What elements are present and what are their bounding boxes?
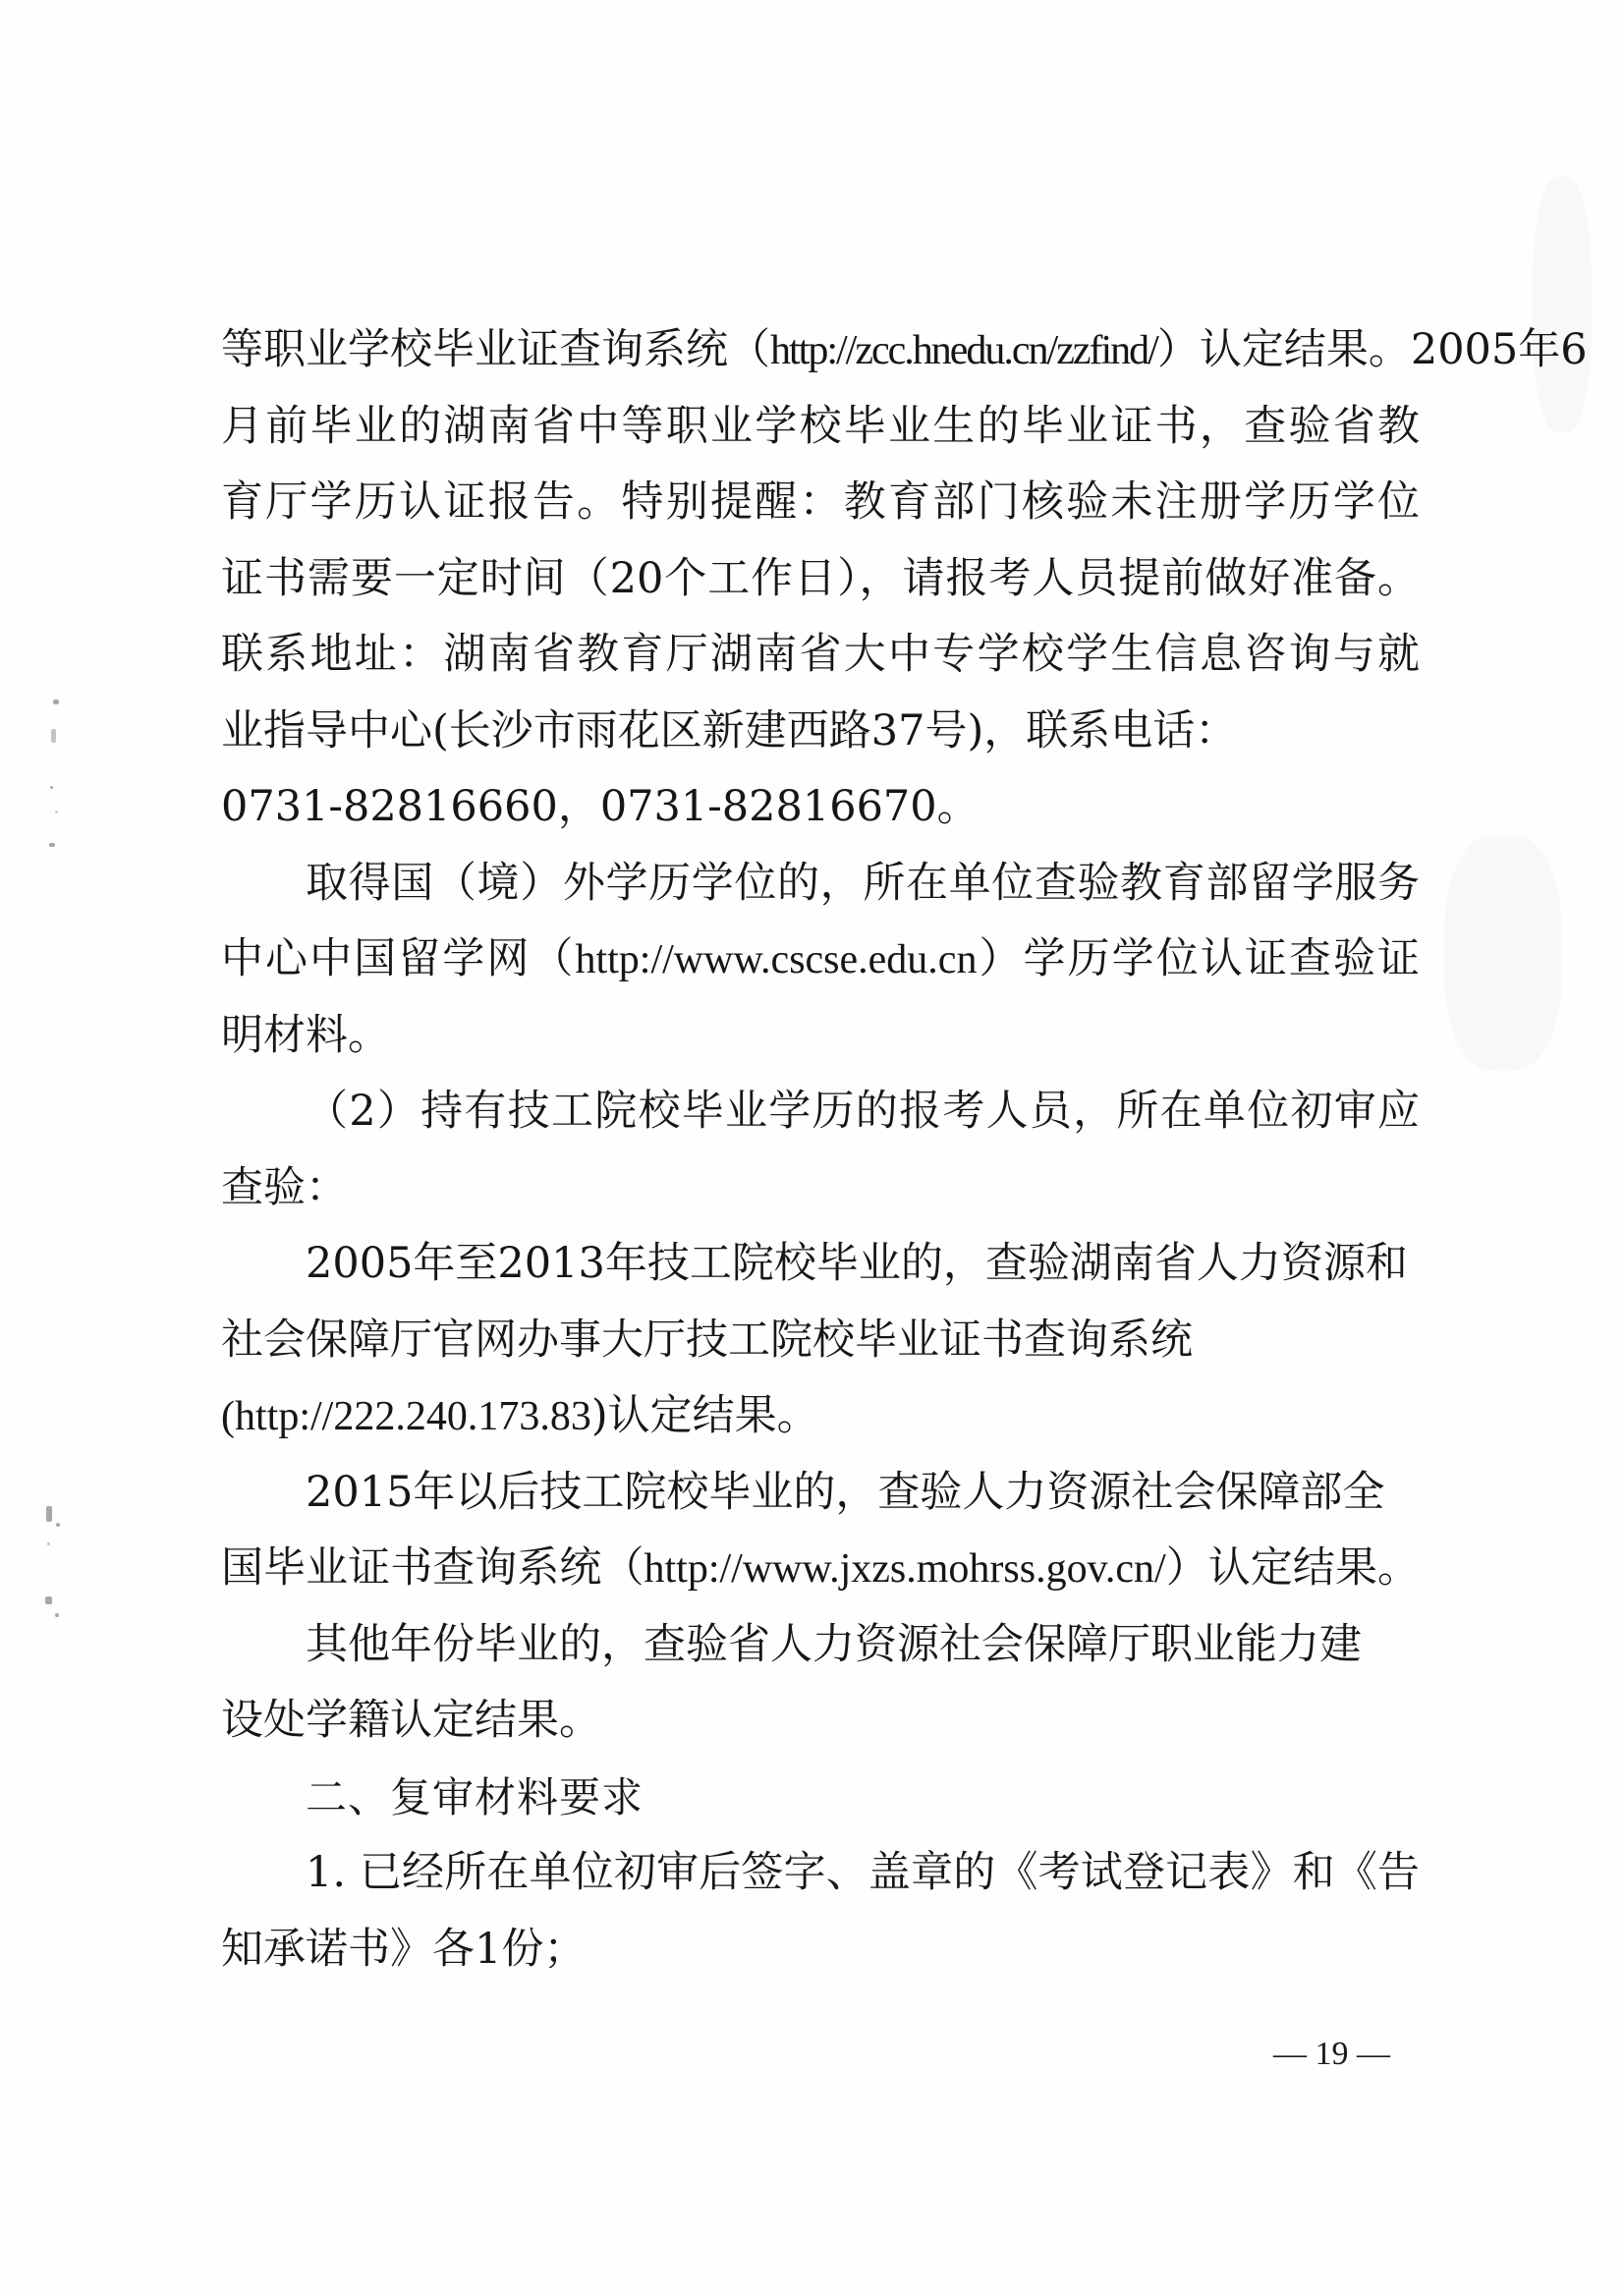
- text-line: 业指导中心(长沙市雨花区新建西路37号)，联系电话：: [221, 694, 1420, 770]
- text-line: 月前毕业的湖南省中等职业学校毕业生的毕业证书，查验省教: [221, 389, 1420, 466]
- text-line: 联系地址：湖南省教育厅湖南省大中专学校学生信息咨询与就: [221, 617, 1420, 694]
- text-segment: ）认定结果。2005年6: [1157, 325, 1588, 374]
- text-line: 证书需要一定时间（20个工作日），请报考人员提前做好准备。: [221, 541, 1420, 618]
- section-heading: 二、复审材料要求: [221, 1760, 1420, 1836]
- text-line: 育厅学历认证报告。特别提醒：教育部门核验未注册学历学位: [221, 465, 1420, 541]
- link-hrss-hunan[interactable]: http://222.240.173.83: [235, 1394, 591, 1439]
- text-line: 2015年以后技工院校毕业的，查验人力资源社会保障部全: [221, 1455, 1420, 1532]
- text-segment: (: [221, 1394, 235, 1439]
- text-segment: )认定结果。: [591, 1391, 819, 1440]
- scan-shadow: [1444, 835, 1562, 1071]
- text-line: 明材料。: [221, 998, 1420, 1075]
- text-segment: ）学历学位认证查验证: [977, 934, 1420, 983]
- list-item-1: 1. 已经所在单位初审后签字、盖章的《考试登记表》和《告: [221, 1835, 1420, 1912]
- text-line: 设处学籍认定结果。: [221, 1683, 1420, 1760]
- text-line: 国毕业证书查询系统（http://www.jxzs.mohrss.gov.cn/…: [221, 1531, 1420, 1607]
- scan-shadow: [1533, 177, 1592, 432]
- text-line: 中心中国留学网（http://www.cscse.edu.cn）学历学位认证查验…: [221, 922, 1420, 998]
- text-line: 等职业学校毕业证查询系统（http://zcc.hnedu.cn/zzfind/…: [221, 312, 1420, 389]
- page-number: — 19 —: [1273, 2036, 1390, 2073]
- text-line: 2005年至2013年技工院校毕业的，查验湖南省人力资源和: [221, 1226, 1420, 1303]
- text-segment: 等职业学校毕业证查询系统（: [221, 325, 770, 374]
- text-line: (http://222.240.173.83)认定结果。: [221, 1378, 1420, 1455]
- link-zcc-hnedu[interactable]: http://zcc.hnedu.cn/zzfind/: [770, 328, 1157, 373]
- link-cscse[interactable]: http://www.cscse.edu.cn: [575, 937, 977, 982]
- document-body: 等职业学校毕业证查询系统（http://zcc.hnedu.cn/zzfind/…: [221, 312, 1420, 1987]
- list-item-1-continued: 知承诺书》各1份；: [221, 1912, 1420, 1988]
- text-line: 其他年份毕业的，查验省人力资源社会保障厅职业能力建: [221, 1607, 1420, 1684]
- text-line: 社会保障厅官网办事大厅技工院校毕业证书查询系统: [221, 1303, 1420, 1379]
- text-segment: ）认定结果。: [1166, 1543, 1420, 1593]
- text-segment: 国毕业证书查询系统（: [221, 1543, 644, 1593]
- contact-phone-line: 0731-82816660，0731-82816670。: [221, 769, 1420, 846]
- text-line: 查验：: [221, 1150, 1420, 1227]
- link-jxzs-mohrss[interactable]: http://www.jxzs.mohrss.gov.cn/: [644, 1546, 1166, 1592]
- text-line: 取得国（境）外学历学位的，所在单位查验教育部留学服务: [221, 846, 1420, 923]
- text-line: （2）持有技工院校毕业学历的报考人员，所在单位初审应: [221, 1074, 1420, 1150]
- document-page: 等职业学校毕业证查询系统（http://zcc.hnedu.cn/zzfind/…: [0, 0, 1624, 2295]
- text-segment: 中心中国留学网（: [221, 934, 575, 983]
